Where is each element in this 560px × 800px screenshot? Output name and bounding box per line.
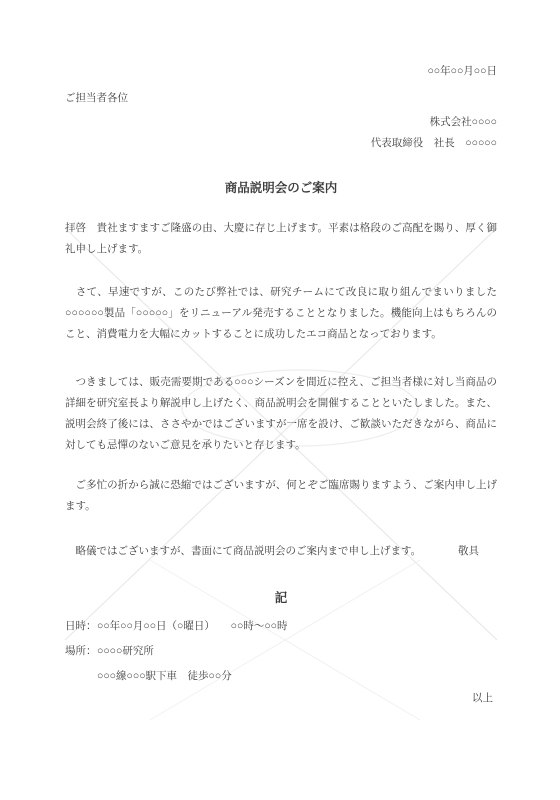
letter-title: 商品説明会のご案内 — [65, 176, 497, 200]
ki-heading: 記 — [65, 586, 497, 610]
letter-date: ○○年○○月○○日 — [65, 62, 497, 82]
letter-page: ○○年○○月○○日 ご担当者各位 株式会社○○○○ 代表取締役 社長 ○○○○○… — [0, 0, 560, 800]
detail-row-datetime: 日時：○○年○○月○○日（○曜日） ○○時～○○時 — [65, 614, 497, 639]
paragraph-opening-greeting: 拝啓 貴社ますますご隆盛の由、大慶に存じ上げます。平素は格段のご高配を賜り、厚く… — [65, 218, 497, 260]
detail-value-datetime: ○○年○○月○○日（○曜日） ○○時～○○時 — [97, 621, 288, 632]
closing-row: 略儀ではございますが、書面にて商品説明会のご案内まで申し上げます。 敬具 — [65, 541, 497, 562]
paragraph-product-announcement: さて、早速ですが、このたび弊社では、研究チームにて改良に取り組んでまいりました○… — [65, 282, 497, 345]
addressee: ご担当者各位 — [65, 89, 497, 109]
sender-representative: 代表取締役 社長 ○○○○○ — [65, 134, 497, 154]
detail-label-place: 場所： — [65, 639, 97, 664]
detail-label-datetime: 日時： — [65, 614, 97, 639]
detail-value-place: ○○○○研究所 — [97, 646, 154, 657]
detail-row-place: 場所：○○○○研究所 — [65, 639, 497, 664]
sender-company: 株式会社○○○○ — [65, 113, 497, 133]
closing-sentence: 略儀ではございますが、書面にて商品説明会のご案内まで申し上げます。 — [65, 541, 421, 562]
detail-row-access: ○○○線○○○駅下車 徒歩○○分 — [65, 664, 497, 689]
detail-value-access: ○○○線○○○駅下車 徒歩○○分 — [97, 671, 232, 682]
details-block: 日時：○○年○○月○○日（○曜日） ○○時～○○時 場所：○○○○研究所 ○○○… — [65, 614, 497, 689]
ijou-closing: 以上 — [65, 689, 497, 709]
letter-content: ○○年○○月○○日 ご担当者各位 株式会社○○○○ 代表取締役 社長 ○○○○○… — [65, 0, 497, 709]
closing-keigu: 敬具 — [458, 541, 497, 562]
paragraph-attendance-request: ご多忙の折から誠に恐縮ではございますが、何とぞご臨席賜りますよう、ご案内申し上げ… — [65, 475, 497, 517]
paragraph-session-invitation: つきましては、販売需要期である○○○シーズンを間近に控え、ご担当者様に対し当商品… — [65, 372, 497, 456]
